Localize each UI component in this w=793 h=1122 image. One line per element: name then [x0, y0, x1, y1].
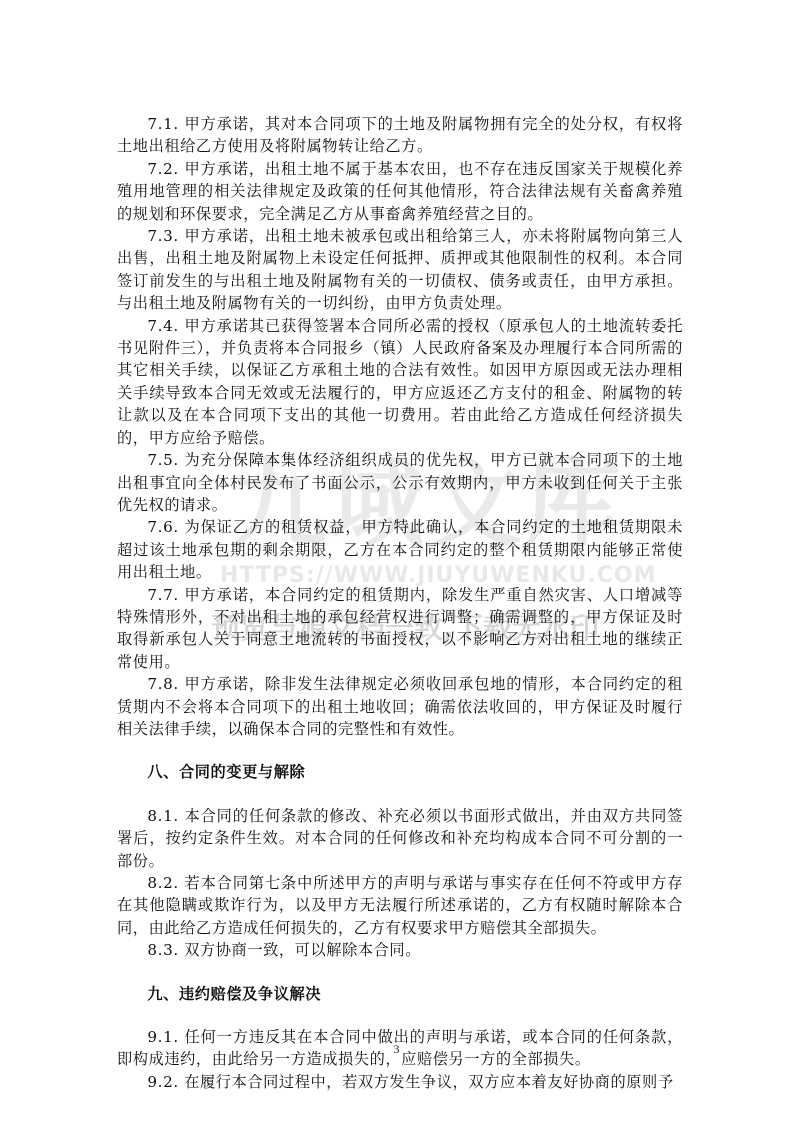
clause-7-1: 7.1. 甲方承诺，其对本合同项下的土地及附属物拥有完全的处分权，有权将土地出租… [117, 113, 683, 158]
document-body: 7.1. 甲方承诺，其对本合同项下的土地及附属物拥有完全的处分权，有权将土地出租… [117, 113, 683, 1093]
section-8-heading: 八、合同的变更与解除 [117, 761, 683, 783]
clause-8-2: 8.2. 若本合同第七条中所述甲方的声明与承诺与事实存在任何不符或甲方存在其他隐… [117, 872, 683, 939]
clause-7-6: 7.6. 为保证乙方的租赁权益，甲方特此确认，本合同约定的土地租赁期限未超过该土… [117, 516, 683, 583]
clause-8-3: 8.3. 双方协商一致，可以解除本合同。 [117, 939, 683, 961]
clause-7-7: 7.7. 甲方承诺，本合同约定的租赁期内，除发生严重自然灾害、人口增减等特殊情形… [117, 584, 683, 674]
clause-7-2: 7.2. 甲方承诺，出租土地不属于基本农田，也不存在违反国家关于规模化养殖用地管… [117, 158, 683, 225]
clause-9-2: 9.2. 在履行本合同过程中，若双方发生争议，双方应本着友好协商的原则予 [117, 1071, 683, 1093]
clause-8-1: 8.1. 本合同的任何条款的修改、补充必须以书面形式做出，并由双方共同签署后，按… [117, 805, 683, 872]
document-page: 九域文库 HTTPS://WWW.JIUYUWENKU.COM 预览与源文档一致… [0, 0, 793, 1122]
page-number: 3 [0, 1042, 793, 1057]
clause-7-3: 7.3. 甲方承诺，出租土地未被承包或出租给第三人，亦未将附属物向第三人出售，出… [117, 225, 683, 315]
clause-7-5: 7.5. 为充分保障本集体经济组织成员的优先权，甲方已就本合同项下的土地出租事宜… [117, 449, 683, 516]
section-9-heading: 九、违约赔偿及争议解决 [117, 983, 683, 1005]
clause-7-4: 7.4. 甲方承诺其已获得签署本合同所必需的授权（原承包人的土地流转委托书见附件… [117, 315, 683, 449]
clause-7-8: 7.8. 甲方承诺，除非发生法律规定必须收回承包地的情形，本合同约定的租赁期内不… [117, 673, 683, 740]
